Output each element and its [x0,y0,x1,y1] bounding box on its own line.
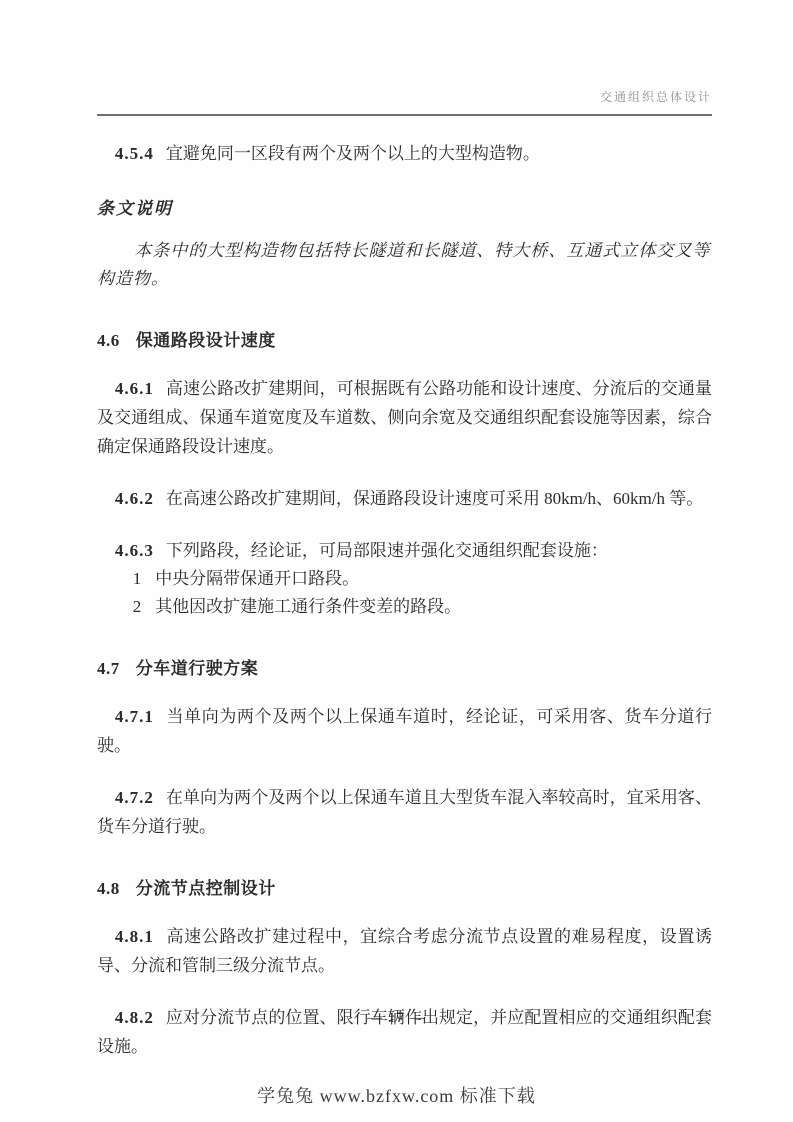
section-number: 4.8 [97,879,120,898]
notes-text: 本条中的大型构造物包括特长隧道和长隧道、特大桥、互通式立体交叉等构造物。 [97,237,712,293]
list-item-text: 中央分隔带保通开口路段。 [155,569,359,588]
section-title: 保通路段设计速度 [136,331,276,350]
notes-heading: 条文说明 [97,194,712,219]
clause-4-5-4: 4.5.4宜避免同一区段有两个及两个以上的大型构造物。 [97,139,712,168]
watermark-footer: 学兔兔 www.bzfxw.com 标准下载 [0,1082,793,1108]
header-rule [97,114,712,116]
list-item-number: 2 [133,597,142,616]
clause-text: 宜避免同一区段有两个及两个以上的大型构造物。 [166,144,540,163]
clause-text: 在高速公路改扩建期间，保通路段设计速度可采用 80km/h、60km/h 等。 [166,489,703,508]
section-title: 分车道行驶方案 [136,659,259,678]
clause-text: 下列路段，经论证，可局部限速并强化交通组织配套设施： [166,541,608,560]
section-number: 4.6 [97,331,120,350]
clause-text: 高速公路改扩建期间，可根据既有公路功能和设计速度、分流后的交通量及交通组成、保通… [97,379,712,456]
list-item: 2其他因改扩建施工通行条件变差的路段。 [97,593,712,621]
page-number: — 17 — [0,1010,793,1027]
clause-4-7-2: 4.7.2在单向为两个及两个以上保通车道且大型货车混入率较高时，宜采用客、货车分… [97,783,712,841]
clause-4-6-3-list: 1中央分隔带保通开口路段。 2其他因改扩建施工通行条件变差的路段。 [97,565,712,621]
document-content: 4.5.4宜避免同一区段有两个及两个以上的大型构造物。 条文说明 本条中的大型构… [97,139,712,1061]
clause-4-6-3: 4.6.3下列路段，经论证，可局部限速并强化交通组织配套设施： [97,536,712,565]
clause-text: 当单向为两个及两个以上保通车道时，经论证，可采用客、货车分道行驶。 [97,707,712,755]
section-heading-4-7: 4.7分车道行驶方案 [97,654,712,679]
clause-text: 在单向为两个及两个以上保通车道且大型货车混入率较高时，宜采用客、货车分道行驶。 [97,788,712,836]
clause-4-8-1: 4.8.1高速公路改扩建过程中，宜综合考虑分流节点设置的难易程度，设置诱导、分流… [97,922,712,980]
list-item: 1中央分隔带保通开口路段。 [97,565,712,593]
list-item-text: 其他因改扩建施工通行条件变差的路段。 [155,597,461,616]
clause-number: 4.7.2 [115,788,154,807]
clause-4-7-1: 4.7.1当单向为两个及两个以上保通车道时，经论证，可采用客、货车分道行驶。 [97,702,712,760]
section-heading-4-8: 4.8分流节点控制设计 [97,874,712,899]
list-item-number: 1 [133,569,142,588]
document-page: 交通组织总体设计 4.5.4宜避免同一区段有两个及两个以上的大型构造物。 条文说… [0,0,793,1122]
clause-4-6-1: 4.6.1高速公路改扩建期间，可根据既有公路功能和设计速度、分流后的交通量及交通… [97,374,712,461]
clause-number: 4.7.1 [115,707,154,726]
clause-number: 4.6.2 [115,489,154,508]
clause-text: 高速公路改扩建过程中，宜综合考虑分流节点设置的难易程度，设置诱导、分流和管制三级… [97,927,712,975]
clause-4-6-2: 4.6.2在高速公路改扩建期间，保通路段设计速度可采用 80km/h、60km/… [97,484,712,513]
clause-number: 4.5.4 [115,144,154,163]
page-header: 交通组织总体设计 [97,88,712,116]
section-title: 分流节点控制设计 [136,879,276,898]
section-number: 4.7 [97,659,120,678]
running-head: 交通组织总体设计 [97,88,712,105]
clause-number: 4.6.1 [115,379,154,398]
section-heading-4-6: 4.6保通路段设计速度 [97,326,712,351]
clause-number: 4.6.3 [115,541,154,560]
clause-number: 4.8.1 [115,927,154,946]
